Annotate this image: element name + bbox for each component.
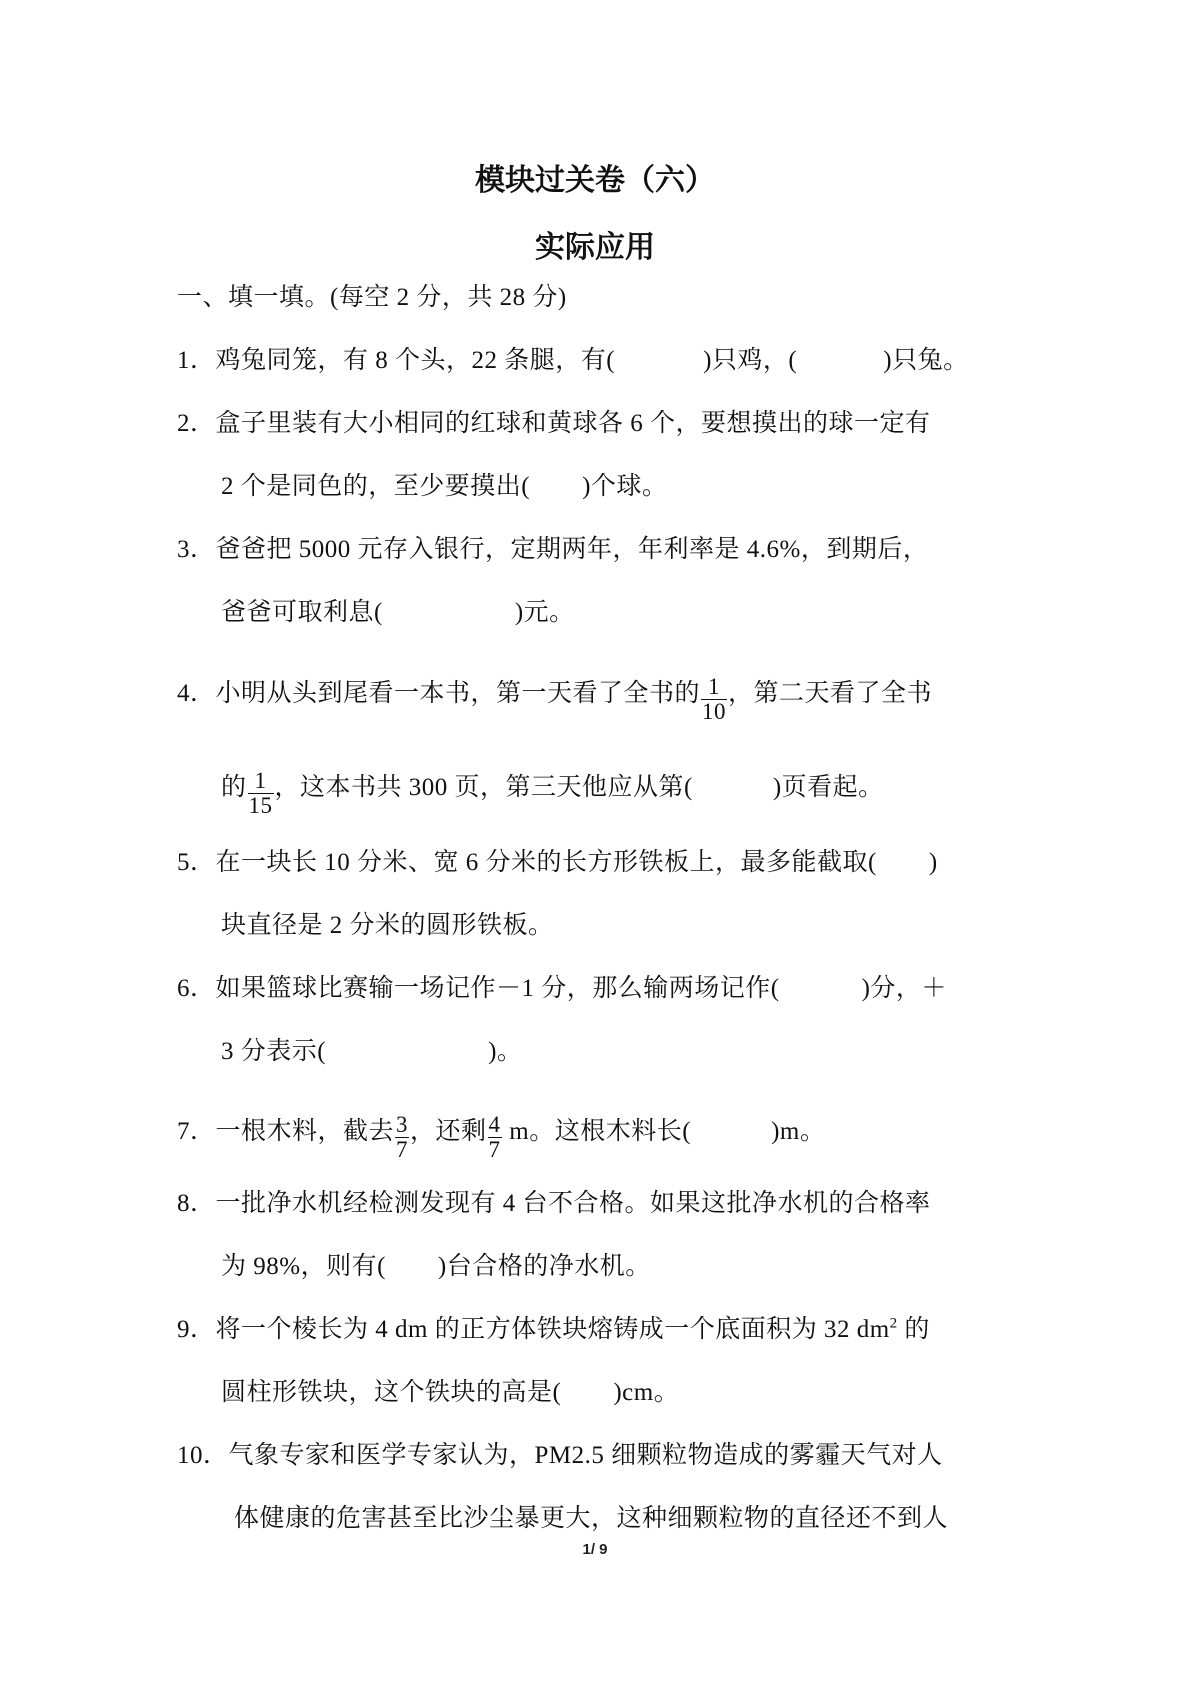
question-3: 3．爸爸把 5000 元存入银行，定期两年，年利率是 4.6%，到期后， <box>177 533 928 567</box>
question-number: 7． <box>177 1118 216 1145</box>
page-indicator: 1/ 9 <box>0 1541 1190 1558</box>
question-9: 9．将一个棱长为 4 dm 的正方体铁块熔铸成一个底面积为 32 dm2 的 <box>177 1313 930 1347</box>
fraction: 110 <box>701 675 727 724</box>
question-8: 8．一批净水机经检测发现有 4 台不合格。如果这批净水机的合格率 <box>177 1187 931 1221</box>
question-number: 4． <box>177 680 216 707</box>
question-5: 5．在一块长 10 分米、宽 6 分米的长方形铁板上，最多能截取() <box>177 846 938 880</box>
question-5-cont: 块直径是 2 分米的圆形铁板。 <box>221 909 554 943</box>
question-4: 4．小明从头到尾看一本书，第一天看了全书的110，第二天看了全书 <box>177 671 932 720</box>
question-number: 1． <box>177 347 216 374</box>
question-number: 2． <box>177 410 216 437</box>
section-heading: 一、填一填。(每空 2 分，共 28 分) <box>177 281 567 315</box>
fraction: 115 <box>248 769 274 818</box>
document-title: 模块过关卷（六） <box>0 155 1190 199</box>
question-number: 10． <box>177 1442 229 1469</box>
question-2: 2．盒子里装有大小相同的红球和黄球各 6 个，要想摸出的球一定有 <box>177 407 931 441</box>
question-4-cont: 的115，这本书共 300 页，第三天他应从第()页看起。 <box>221 765 884 814</box>
fraction: 37 <box>395 1113 409 1162</box>
question-9-cont: 圆柱形铁块，这个铁块的高是()cm。 <box>221 1376 679 1410</box>
question-10-cont: 体健康的危害甚至比沙尘暴更大，这种细颗粒物的直径还不到人 <box>234 1502 948 1536</box>
question-10: 10．气象专家和医学专家认为，PM2.5 细颗粒物造成的雾霾天气对人 <box>177 1439 943 1473</box>
question-number: 3． <box>177 536 216 563</box>
question-7: 7．一根木料，截去37，还剩47 m。这根木料长()m。 <box>177 1109 825 1158</box>
question-number: 5． <box>177 849 216 876</box>
superscript: 2 <box>890 1316 898 1332</box>
question-number: 9． <box>177 1316 216 1343</box>
question-8-cont: 为 98%，则有()台合格的净水机。 <box>221 1250 651 1284</box>
fraction: 47 <box>488 1113 502 1162</box>
question-1: 1．鸡兔同笼，有 8 个头，22 条腿，有()只鸡，()只兔。 <box>177 344 969 378</box>
question-number: 8． <box>177 1190 216 1217</box>
question-6-cont: 3 分表示()。 <box>221 1035 522 1069</box>
question-3-cont: 爸爸可取利息()元。 <box>221 596 575 630</box>
question-6: 6．如果篮球比赛输一场记作－1 分，那么输两场记作()分，＋ <box>177 972 947 1006</box>
question-number: 6． <box>177 975 216 1002</box>
question-2-cont: 2 个是同色的，至少要摸出()个球。 <box>221 470 667 504</box>
document-subtitle: 实际应用 <box>0 222 1190 266</box>
